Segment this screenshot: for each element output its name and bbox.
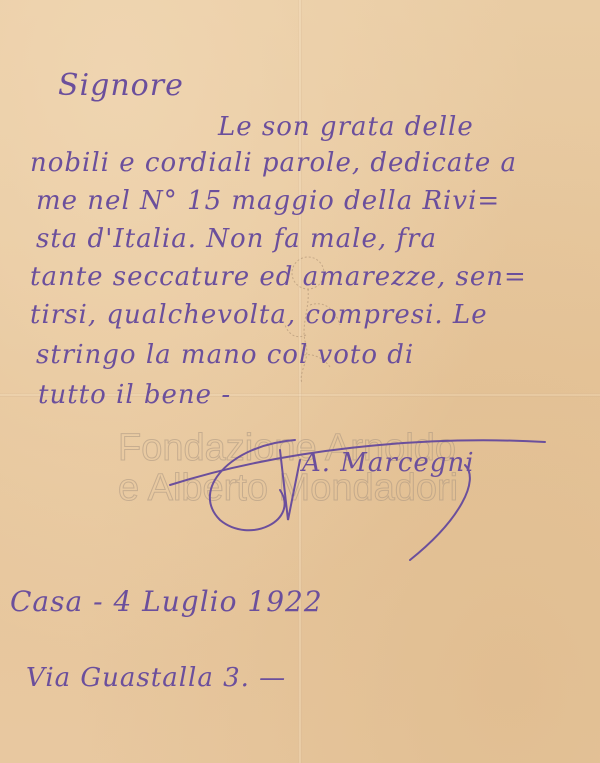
address: Via Guastalla 3. — [26, 663, 286, 693]
signature: A. Marcegni [302, 448, 475, 478]
body-line: me nel N° 15 maggio della Rivi= [36, 186, 500, 216]
letter-page: Signore Le son grata delle nobili e cord… [0, 0, 600, 763]
salutation: Signore [58, 68, 184, 103]
body-line: tante seccature ed amarezze, sen= [30, 262, 527, 292]
body-line: sta d'Italia. Non fa male, fra [36, 224, 437, 254]
body-line: tirsi, qualchevolta, compresi. Le [30, 300, 488, 330]
dateline: Casa - 4 Luglio 1922 [10, 585, 323, 618]
body-line: tutto il bene - [38, 380, 231, 410]
body-line: nobili e cordiali parole, dedicate a [30, 148, 517, 178]
body-line: stringo la mano col voto di [36, 340, 414, 370]
body-line: Le son grata delle [218, 112, 474, 142]
signature-flourish-icon [160, 420, 560, 570]
